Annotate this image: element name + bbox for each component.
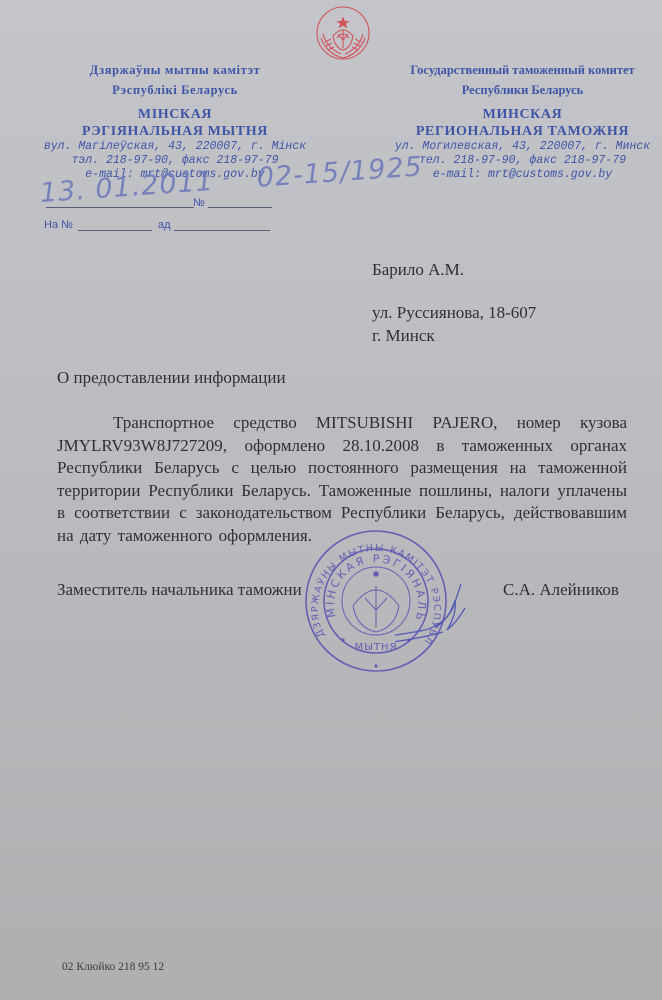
reference-from-label: ад (158, 219, 171, 231)
office-address: ул. Могилевская, 43, 220007, г. Минск (385, 140, 660, 154)
signer-name: С.А. Алейников (503, 580, 619, 600)
date-line (46, 207, 194, 208)
executor-note: 02 Клюйко 218 95 12 (62, 961, 164, 973)
office-name-line1: МИНСКАЯ (385, 106, 660, 123)
office-name-line2: РЕГИОНАЛЬНАЯ ТАМОЖНЯ (385, 123, 660, 140)
office-name-line1: МІНСКАЯ (30, 106, 320, 123)
office-phone: тел. 218-97-90, факс 218-97-79 (385, 154, 660, 168)
addressee-name: Барило А.М. (372, 258, 536, 281)
number-line (208, 207, 272, 208)
reference-number-label: На № (44, 219, 73, 231)
org-name-line2: Республики Беларусь (385, 80, 660, 100)
reference-from-line (174, 230, 270, 231)
signer-title: Заместитель начальника таможни (57, 580, 302, 600)
org-name-line2: Рэспублікі Беларусь (30, 80, 320, 100)
org-name-line1: Дзяржаўны мытны камітэт (30, 60, 320, 80)
letter-body: Транспортное средство MITSUBISHI PAJERO,… (57, 412, 627, 547)
office-address: вул. Магілеўская, 43, 220007, г. Мінск (30, 140, 320, 154)
office-name-line2: РЭГІЯНАЛЬНАЯ МЫТНЯ (30, 123, 320, 140)
addressee-block: Барило А.М. ул. Руссиянова, 18-607 г. Ми… (372, 258, 536, 347)
handwritten-signature (395, 578, 485, 648)
reference-number-line (78, 230, 152, 231)
document-page: Дзяржаўны мытны камітэт Рэспублікі Белар… (0, 0, 662, 1000)
office-email: e-mail: mrt@customs.gov.by (385, 168, 660, 182)
addressee-city: г. Минск (372, 324, 536, 347)
svg-text:МЫТНЯ: МЫТНЯ (354, 642, 397, 653)
addressee-street: ул. Руссиянова, 18-607 (372, 301, 536, 324)
letter-subject: О предоставлении информации (57, 368, 286, 388)
org-name-line1: Государственный таможенный комитет (385, 60, 660, 80)
belarus-coat-of-arms-icon (313, 4, 373, 62)
letterhead-right: Государственный таможенный комитет Респу… (385, 60, 660, 182)
number-label: № (193, 197, 205, 209)
